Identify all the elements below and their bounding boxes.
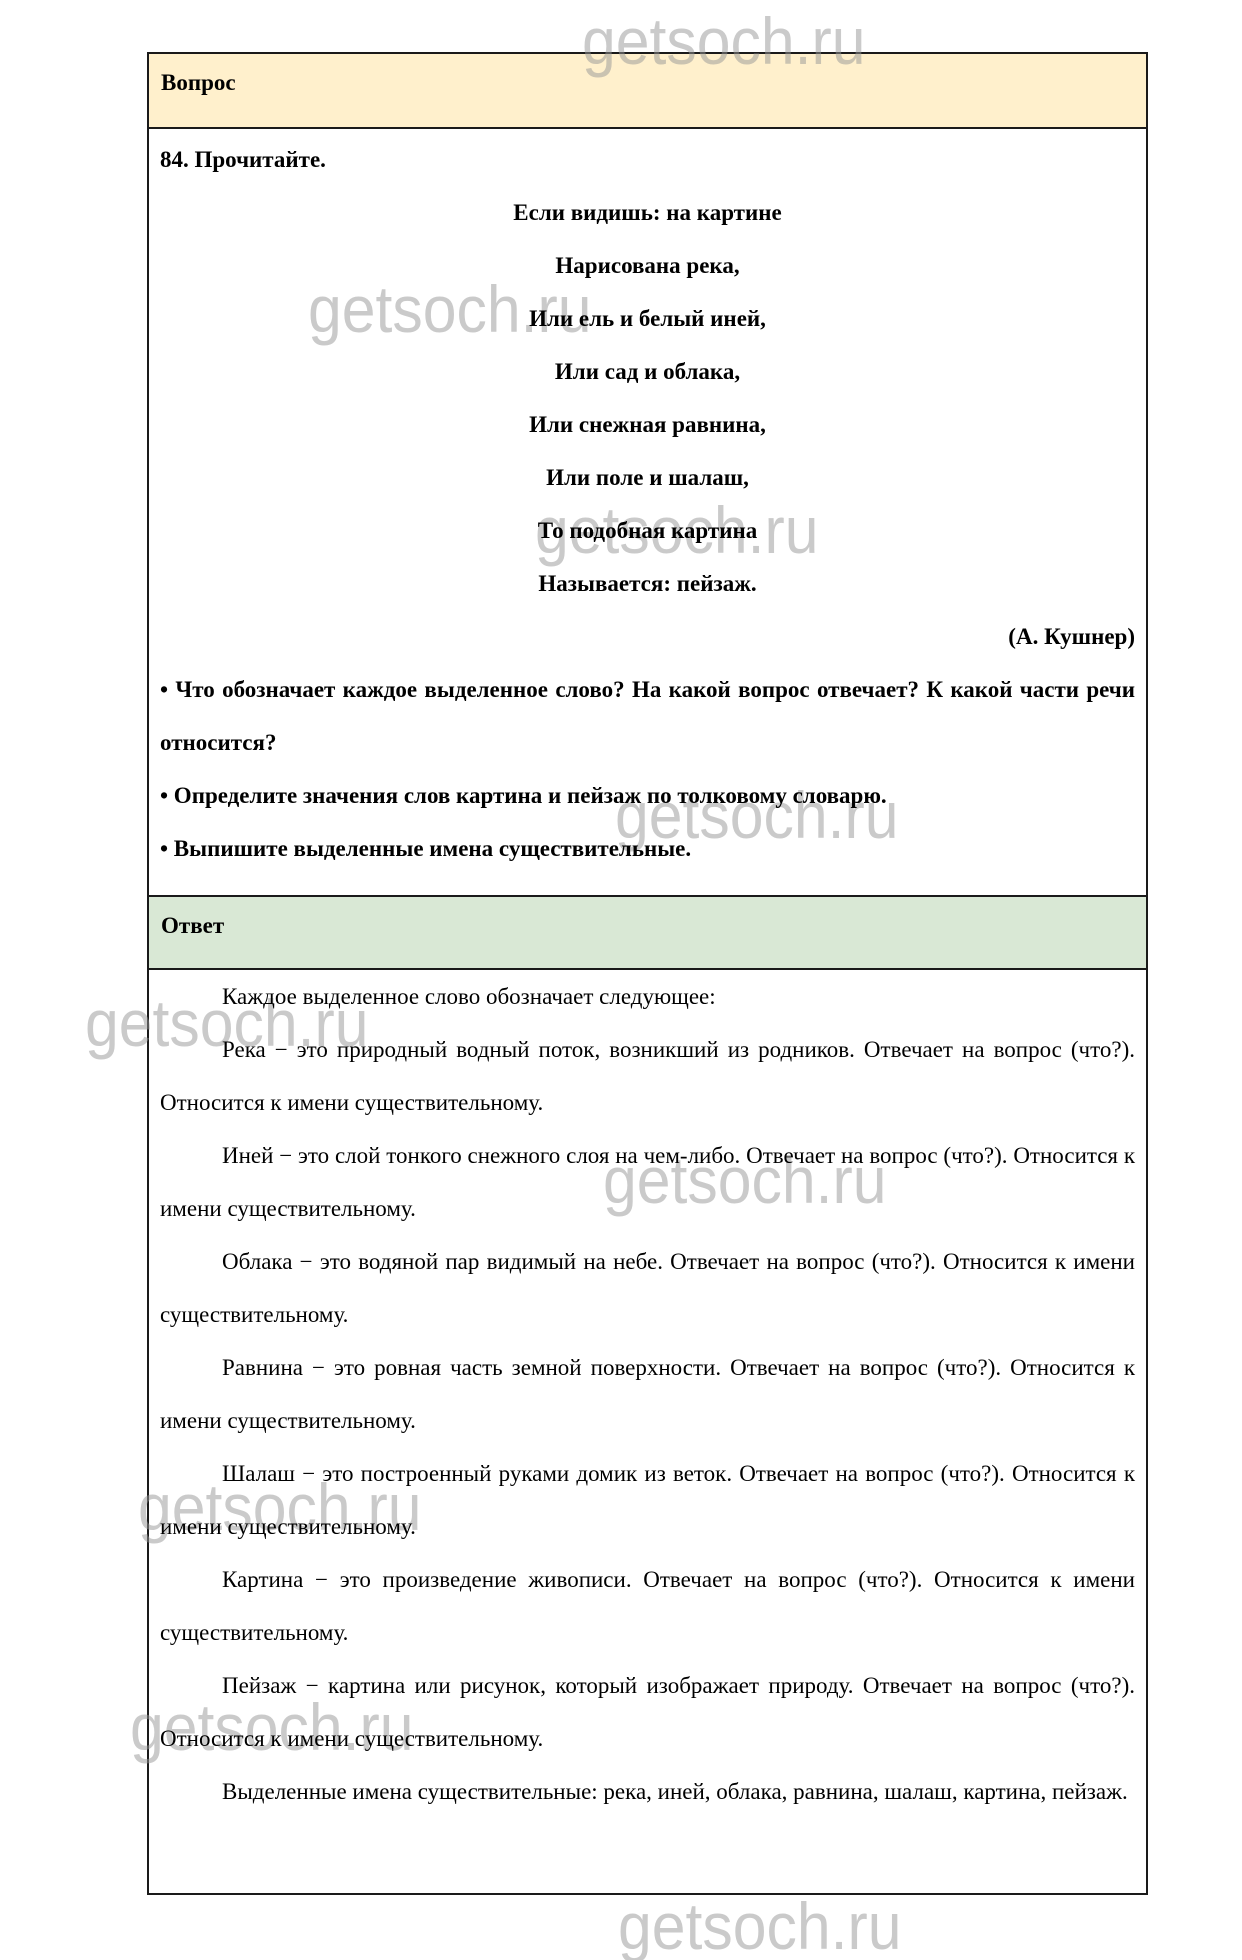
answer-paragraph: Иней − это слой тонкого снежного слоя на…	[160, 1129, 1135, 1235]
poem-line: Если видишь: на картине	[160, 186, 1135, 239]
answer-paragraph: Пейзаж − картина или рисунок, который из…	[160, 1659, 1135, 1765]
answer-paragraph: Картина − это произведение живописи. Отв…	[160, 1553, 1135, 1659]
poem-line: Нарисована река,	[160, 239, 1135, 292]
poem-line: Или сад и облака,	[160, 345, 1135, 398]
watermark: getsoch.ru	[618, 1893, 902, 1959]
poem-line: То подобная картина	[160, 504, 1135, 557]
poem-line: Называется: пейзаж.	[160, 557, 1135, 610]
task-item: • Определите значения слов картина и пей…	[160, 769, 1135, 822]
question-body: 84. Прочитайте. Если видишь: на картине …	[149, 129, 1146, 895]
question-header-label: Вопрос	[161, 70, 236, 95]
poem-line: Или снежная равнина,	[160, 398, 1135, 451]
answer-header: Ответ	[149, 895, 1146, 970]
qa-table: Вопрос 84. Прочитайте. Если видишь: на к…	[147, 52, 1148, 1895]
answer-paragraph: Выделенные имена существительные: река, …	[160, 1765, 1135, 1818]
answer-paragraph: Река − это природный водный поток, возни…	[160, 1023, 1135, 1129]
task-item: • Выпишите выделенные имена существитель…	[160, 822, 1135, 875]
answer-paragraph: Каждое выделенное слово обозначает следу…	[160, 970, 1135, 1023]
answer-paragraph: Равнина − это ровная часть земной поверх…	[160, 1341, 1135, 1447]
poem-line: Или ель и белый иней,	[160, 292, 1135, 345]
answer-paragraph: Облака − это водяной пар видимый на небе…	[160, 1235, 1135, 1341]
answer-header-label: Ответ	[161, 913, 224, 938]
poem-line: Или поле и шалаш,	[160, 451, 1135, 504]
answer-paragraph: Шалаш − это построенный руками домик из …	[160, 1447, 1135, 1553]
task-item: • Что обозначает каждое выделенное слово…	[160, 663, 1135, 769]
exercise-title: 84. Прочитайте.	[160, 133, 1135, 186]
answer-body: Каждое выделенное слово обозначает следу…	[149, 970, 1146, 1893]
question-header: Вопрос	[149, 54, 1146, 129]
poem-author: (А. Кушнер)	[160, 610, 1135, 663]
